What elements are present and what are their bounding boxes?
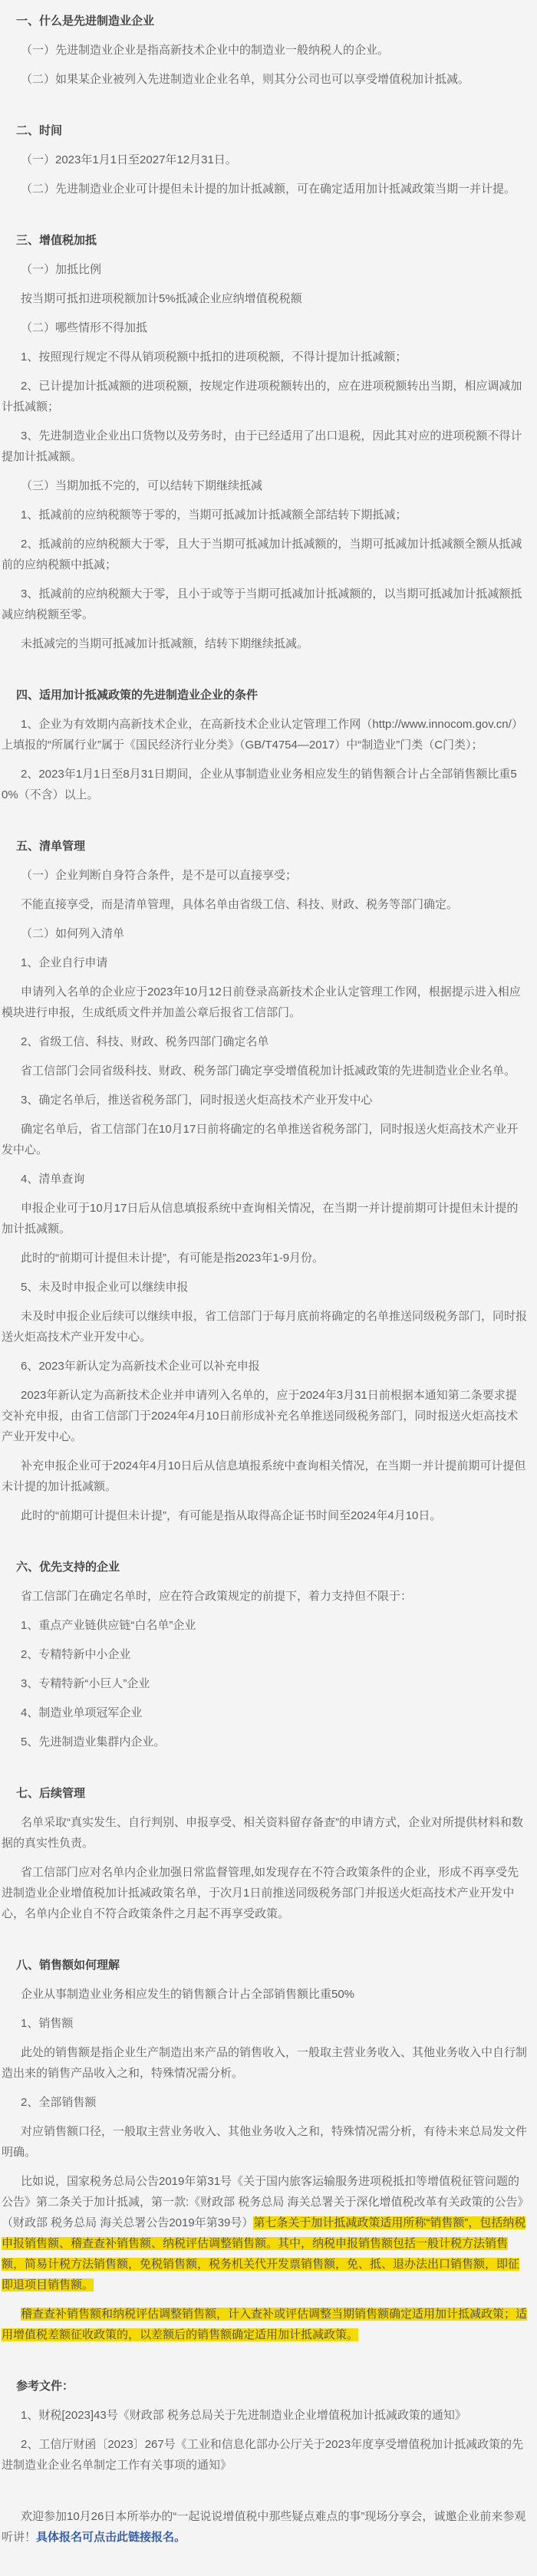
paragraph: 此时的“前期可计提但未计提”，有可能是指2023年1-9月份。 bbox=[2, 1248, 528, 1268]
paragraph: 企业从事制造业业务相应发生的销售额合计占全部销售额比重50% bbox=[2, 1984, 528, 2005]
paragraph: 3、抵减前的应纳税额大于零，且小于或等于当期可抵减加计抵减额的，以当期可抵减加计… bbox=[2, 584, 528, 625]
paragraph: （一）2023年1月1日至2027年12月31日。 bbox=[2, 150, 528, 170]
paragraph: 2、工信厅财函〔2023〕267号《工业和信息化部办公厅关于2023年度享受增值… bbox=[2, 2434, 528, 2476]
paragraph: （一）先进制造业企业是指高新技术企业中的制造业一般纳税人的企业。 bbox=[2, 40, 528, 61]
paragraph: 此处的销售额是指企业生产制造出来产品的销售收入，一般取主营业务收入、其他业务收入… bbox=[2, 2042, 528, 2084]
section-8-heading: 八、销售额如何理解 bbox=[2, 1955, 528, 1976]
paragraph: 2、抵减前的应纳税额大于零，且大于当期可抵减加计抵减额的，当期可抵减加计抵减额全… bbox=[2, 534, 528, 575]
paragraph: 对应销售额口径，一般取主营业务收入、其他业务收入之和，特殊情况需分析，有待未来总… bbox=[2, 2121, 528, 2163]
paragraph: 申请列入名单的企业应于2023年10月12日前登录高新技术企业认定管理工作网，根… bbox=[2, 982, 528, 1023]
paragraph: （一）企业判断自身符合条件，是不是可以直接享受； bbox=[2, 865, 528, 886]
paragraph: 欢迎参加10月26日本所举办的“一起说说增值税中那些疑点难点的事”现场分享会，诚… bbox=[2, 2506, 528, 2548]
paragraph: （二）如何列入清单 bbox=[2, 923, 528, 944]
section-1-heading: 一、什么是先进制造业企业 bbox=[2, 11, 528, 31]
paragraph: 此时的“前期可计提但未计提”，有可能是指从取得高企证书时间至2024年4月10日… bbox=[2, 1505, 528, 1526]
paragraph: 4、制造业单项冠军企业 bbox=[2, 1703, 528, 1723]
paragraph: 2、全部销售额 bbox=[2, 2092, 528, 2113]
reference-heading: 参考文件： bbox=[2, 2376, 528, 2397]
paragraph: 稽查查补销售额和纳税评估调整销售额，计入查补或评估调整当期销售额确定适用加计抵减… bbox=[2, 2304, 528, 2345]
section-4-heading: 四、适用加计抵减政策的先进制造业企业的条件 bbox=[2, 685, 528, 706]
paragraph: 补充申报企业可于2024年4月10日后从信息填报系统中查询相关情况，在当期一并计… bbox=[2, 1456, 528, 1497]
section-7-heading: 七、后续管理 bbox=[2, 1783, 528, 1804]
paragraph: （一）加抵比例 bbox=[2, 259, 528, 280]
paragraph: 名单采取“真实发生、自行判别、申报享受、相关资料留存备查”的申请方式，企业对所提… bbox=[2, 1812, 528, 1854]
section-5-heading: 五、清单管理 bbox=[2, 836, 528, 857]
paragraph: 未及时申报企业后续可以继续申报，省工信部门于每月底前将确定的名单推送同级税务部门… bbox=[2, 1306, 528, 1347]
section-2-heading: 二、时间 bbox=[2, 120, 528, 141]
paragraph: 1、财税[2023]43号《财政部 税务总局关于先进制造业企业增值税加计抵减政策… bbox=[2, 2405, 528, 2426]
paragraph: 确定名单后，省工信部门在10月17日前将确定的名单推送省税务部门，同时报送火炬高… bbox=[2, 1119, 528, 1160]
paragraph: 3、专精特新“小巨人”企业 bbox=[2, 1673, 528, 1694]
paragraph: 6、2023年新认定为高新技术企业可以补充申报 bbox=[2, 1356, 528, 1377]
paragraph: 2、省级工信、科技、财政、税务四部门确定名单 bbox=[2, 1031, 528, 1052]
paragraph: （二）先进制造业企业可计提但未计提的加计抵减额，可在确定适用加计抵减政策当期一并… bbox=[2, 179, 528, 199]
paragraph: 2、专精特新中小企业 bbox=[2, 1644, 528, 1665]
article-page: 一、什么是先进制造业企业（一）先进制造业企业是指高新技术企业中的制造业一般纳税人… bbox=[0, 0, 537, 2576]
paragraph: 1、按照现行规定不得从销项税额中抵扣的进项税额，不得计提加计抵减额； bbox=[2, 347, 528, 367]
paragraph: 1、企业自行申请 bbox=[2, 952, 528, 973]
section-3-heading: 三、增值税加抵 bbox=[2, 230, 528, 251]
paragraph: 1、销售额 bbox=[2, 2013, 528, 2034]
paragraph: 5、未及时申报企业可以继续申报 bbox=[2, 1277, 528, 1298]
paragraph: 4、清单查询 bbox=[2, 1169, 528, 1189]
paragraph: 按当期可抵扣进项税额加计5%抵减企业应纳增值税税额 bbox=[2, 288, 528, 309]
paragraph: 2、2023年1月1日至8月31日期间，企业从事制造业业务相应发生的销售额合计占… bbox=[2, 764, 528, 805]
paragraph: 1、重点产业链供应链“白名单”企业 bbox=[2, 1615, 528, 1636]
article-body: 一、什么是先进制造业企业（一）先进制造业企业是指高新技术企业中的制造业一般纳税人… bbox=[2, 11, 528, 2548]
paragraph: （三）当期加抵不完的，可以结转下期继续抵减 bbox=[2, 475, 528, 496]
section-6-heading: 六、优先支持的企业 bbox=[2, 1557, 528, 1578]
paragraph: 5、先进制造业集群内企业。 bbox=[2, 1732, 528, 1752]
paragraph: （二）哪些情形不得加抵 bbox=[2, 317, 528, 338]
paragraph: 省工信部门在确定名单时，应在符合政策规定的前提下，着力支持但不限于： bbox=[2, 1586, 528, 1607]
paragraph: 3、先进制造业企业出口货物以及劳务时，由于已经适用了出口退税，因此其对应的进项税… bbox=[2, 426, 528, 467]
signup-link[interactable]: 具体报名可点击此链接报名。 bbox=[36, 2531, 186, 2544]
paragraph: 2、已计提加计抵减额的进项税额，按规定作进项税额转出的，应在进项税额转出当期，相… bbox=[2, 376, 528, 417]
highlighted-text: 稽查查补销售额和纳税评估调整销售额，计入查补或评估调整当期销售额确定适用加计抵减… bbox=[2, 2308, 527, 2341]
paragraph: 省工信部门会同省级科技、财政、税务部门确定享受增值税加计抵减政策的先进制造业企业… bbox=[2, 1061, 528, 1081]
paragraph: 申报企业可于10月17日后从信息填报系统中查询相关情况，在当期一并计提前期可计提… bbox=[2, 1198, 528, 1239]
paragraph: 2023年新认定为高新技术企业并申请列入名单的，应于2024年3月31日前根据本… bbox=[2, 1385, 528, 1447]
paragraph: （二）如果某企业被列入先进制造业企业名单，则其分公司也可以享受增值税加计抵减。 bbox=[2, 69, 528, 90]
paragraph: 未抵减完的当期可抵减加计抵减额，结转下期继续抵减。 bbox=[2, 633, 528, 654]
paragraph: 省工信部门应对名单内企业加强日常监督管理,如发现存在不符合政策条件的企业，形成不… bbox=[2, 1862, 528, 1924]
paragraph: 比如说，国家税务总局公告2019年第31号《关于国内旅客运输服务进项税抵扣等增值… bbox=[2, 2171, 528, 2295]
paragraph: 不能直接享受，而是清单管理，具体名单由省级工信、科技、财政、税务等部门确定。 bbox=[2, 894, 528, 915]
paragraph: 1、抵减前的应纳税额等于零的，当期可抵减加计抵减额全部结转下期抵减； bbox=[2, 505, 528, 525]
paragraph: 1、企业为有效期内高新技术企业，在高新技术企业认定管理工作网（http://ww… bbox=[2, 714, 528, 755]
paragraph: 3、确定名单后，推送省税务部门，同时报送火炬高技术产业开发中心 bbox=[2, 1090, 528, 1110]
